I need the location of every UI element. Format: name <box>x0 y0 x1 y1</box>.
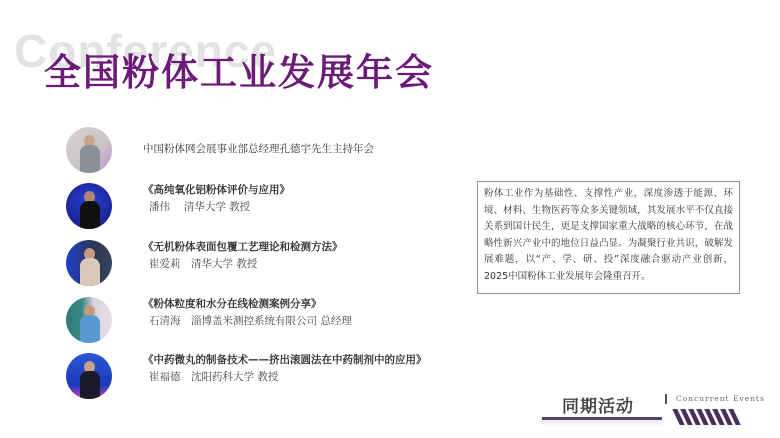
speaker-name: 潘伟 清华大学 教授 <box>143 200 290 214</box>
talk-title: 《粉体粒度和水分在线检测案例分享》 <box>143 297 352 311</box>
host-text: 中国粉体网会展事业部总经理孔德宇先生主持年会 <box>143 142 374 156</box>
speaker-photo <box>66 240 112 286</box>
divider <box>665 394 667 404</box>
description-box: 粉体工业作为基础性、支撑性产业，深度渗透于能源、环境、材料、生物医药等众多关键领… <box>477 181 740 294</box>
talk-title: 《中药微丸的制备技术——挤出滚圆法在中药制剂中的应用》 <box>143 353 427 367</box>
talk-title: 《无机粉体表面包覆工艺理论和检测方法》 <box>143 240 343 254</box>
speaker-photo <box>66 353 112 399</box>
speaker-photo <box>66 297 112 343</box>
talk-title: 《高纯氧化铝粉体评价与应用》 <box>143 183 290 197</box>
speaker-photo <box>66 183 112 229</box>
section-subtitle: Concurrent Events <box>676 394 765 403</box>
speaker-item: 《高纯氧化铝粉体评价与应用》 潘伟 清华大学 教授 <box>66 183 486 229</box>
speaker-host: 中国粉体网会展事业部总经理孔德宇先生主持年会 <box>66 127 486 173</box>
speaker-name: 石清海 淄博盖米测控系统有限公司 总经理 <box>143 314 352 328</box>
speaker-item: 《中药微丸的制备技术——挤出滚圆法在中药制剂中的应用》 崔福德 沈阳药科大学 教… <box>66 353 486 399</box>
stripes-decoration <box>676 409 737 425</box>
speaker-item: 《无机粉体表面包覆工艺理论和检测方法》 崔爱莉 清华大学 教授 <box>66 240 486 286</box>
page-title: 全国粉体工业发展年会 <box>44 52 434 93</box>
section-title: 同期活动 <box>562 392 634 417</box>
section-underline <box>542 417 662 420</box>
speaker-item: 《粉体粒度和水分在线检测案例分享》 石清海 淄博盖米测控系统有限公司 总经理 <box>66 297 486 343</box>
host-photo <box>66 127 112 173</box>
speaker-name: 崔爱莉 清华大学 教授 <box>143 257 343 271</box>
speaker-name: 崔福德 沈阳药科大学 教授 <box>143 370 427 384</box>
